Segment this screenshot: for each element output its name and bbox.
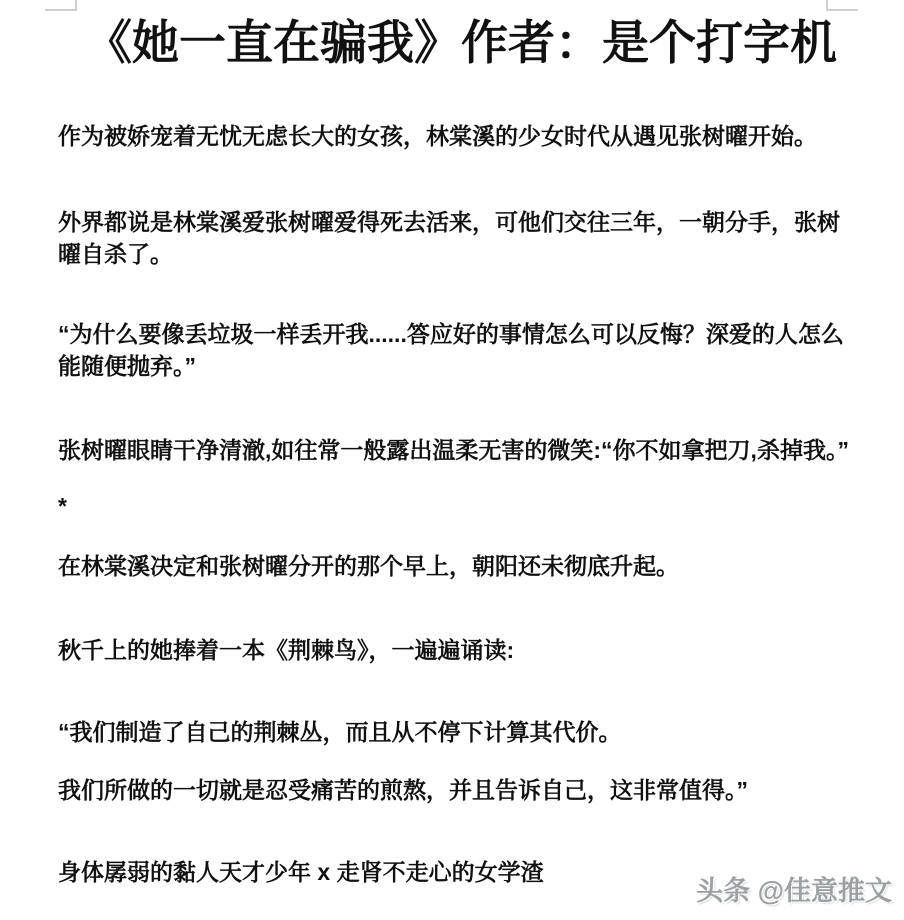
paragraph-intro: 作为被娇宠着无忧无虑长大的女孩，林棠溪的少女时代从遇见张树曜开始。 (58, 120, 864, 152)
paragraph-smile-quote: 张树曜眼睛干净清澈,如往常一般露出温柔无害的微笑:“你不如拿把刀,杀掉我。” (58, 434, 864, 466)
watermark-credit: 头条 @佳意推文 (696, 869, 892, 908)
novel-title: 《她一直在骗我》作者：是个打字机 (58, 12, 864, 74)
paragraph-quote-why-abandon: “为什么要像丢垃圾一样丢开我......答应好的事情怎么可以反悔？深爱的人怎么 … (58, 318, 864, 382)
text-boundary-mark-top-left (45, 0, 77, 11)
paragraph-backstory: 外界都说是林棠溪爱张树曜爱得死去活来，可他们交往三年，一朝分手，张树 曜自杀了。 (58, 206, 864, 270)
paragraph-morning: 在林棠溪决定和张树曜分开的那个早上，朝阳还未彻底升起。 (58, 550, 864, 582)
paragraph-swing-book: 秋千上的她捧着一本《荆棘鸟》，一遍遍诵读: (58, 634, 864, 666)
text-boundary-mark-top-right (826, 0, 858, 11)
document-page: 《她一直在骗我》作者：是个打字机 作为被娇宠着无忧无虑长大的女孩，林棠溪的少女时… (0, 0, 904, 920)
document-body: 《她一直在骗我》作者：是个打字机 作为被娇宠着无忧无虑长大的女孩，林棠溪的少女时… (0, 12, 904, 888)
scene-divider-asterisk: * (58, 490, 864, 522)
paragraph-thornbirds-quote-2: 我们所做的一切就是忍受痛苦的煎熬，并且告诉自己，这非常值得。” (58, 774, 864, 806)
paragraph-thornbirds-quote-1: “我们制造了自己的荆棘丛，而且从不停下计算其代价。 (58, 716, 864, 748)
